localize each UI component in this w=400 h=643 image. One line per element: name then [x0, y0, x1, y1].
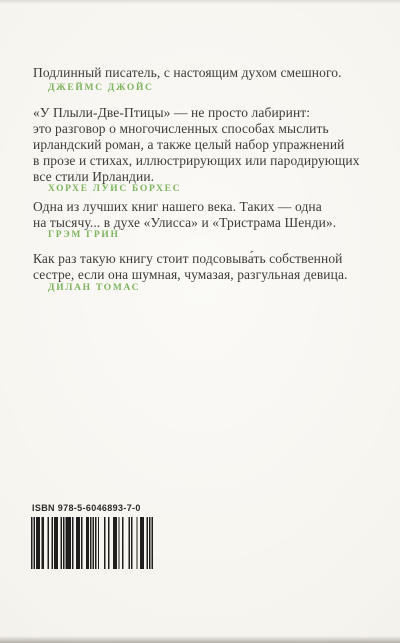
- photo-top-edge-shading: [0, 0, 400, 4]
- quote-author: ДЖЕЙМС ДЖОЙС: [48, 83, 154, 94]
- quote-text: «У Плыли-Две-Птицы» — не просто лабиринт…: [33, 105, 375, 185]
- isbn-barcode: ISBN 978-5-6046893-7-0: [31, 503, 155, 569]
- photo-bottom-edge-shadow: [0, 636, 400, 643]
- barcode-bars-icon: [31, 517, 153, 569]
- quote-author: ДИЛАН ТОМАС: [48, 283, 140, 294]
- quote-author: ГРЭМ ГРИН: [48, 230, 120, 241]
- quote-author: ХОРХЕ ЛУИС БОРХЕС: [48, 184, 181, 195]
- quote-text: Одна из лучших книг нашего века. Таких —…: [33, 199, 375, 231]
- book-back-cover: Подлинный писатель, с настоящим духом см…: [0, 0, 400, 643]
- quote-text: Подлинный писатель, с настоящим духом см…: [33, 65, 375, 81]
- quote-text: Как раз такую книгу стоит подсовыва́ть с…: [33, 251, 375, 283]
- isbn-text: ISBN 978-5-6046893-7-0: [32, 503, 155, 513]
